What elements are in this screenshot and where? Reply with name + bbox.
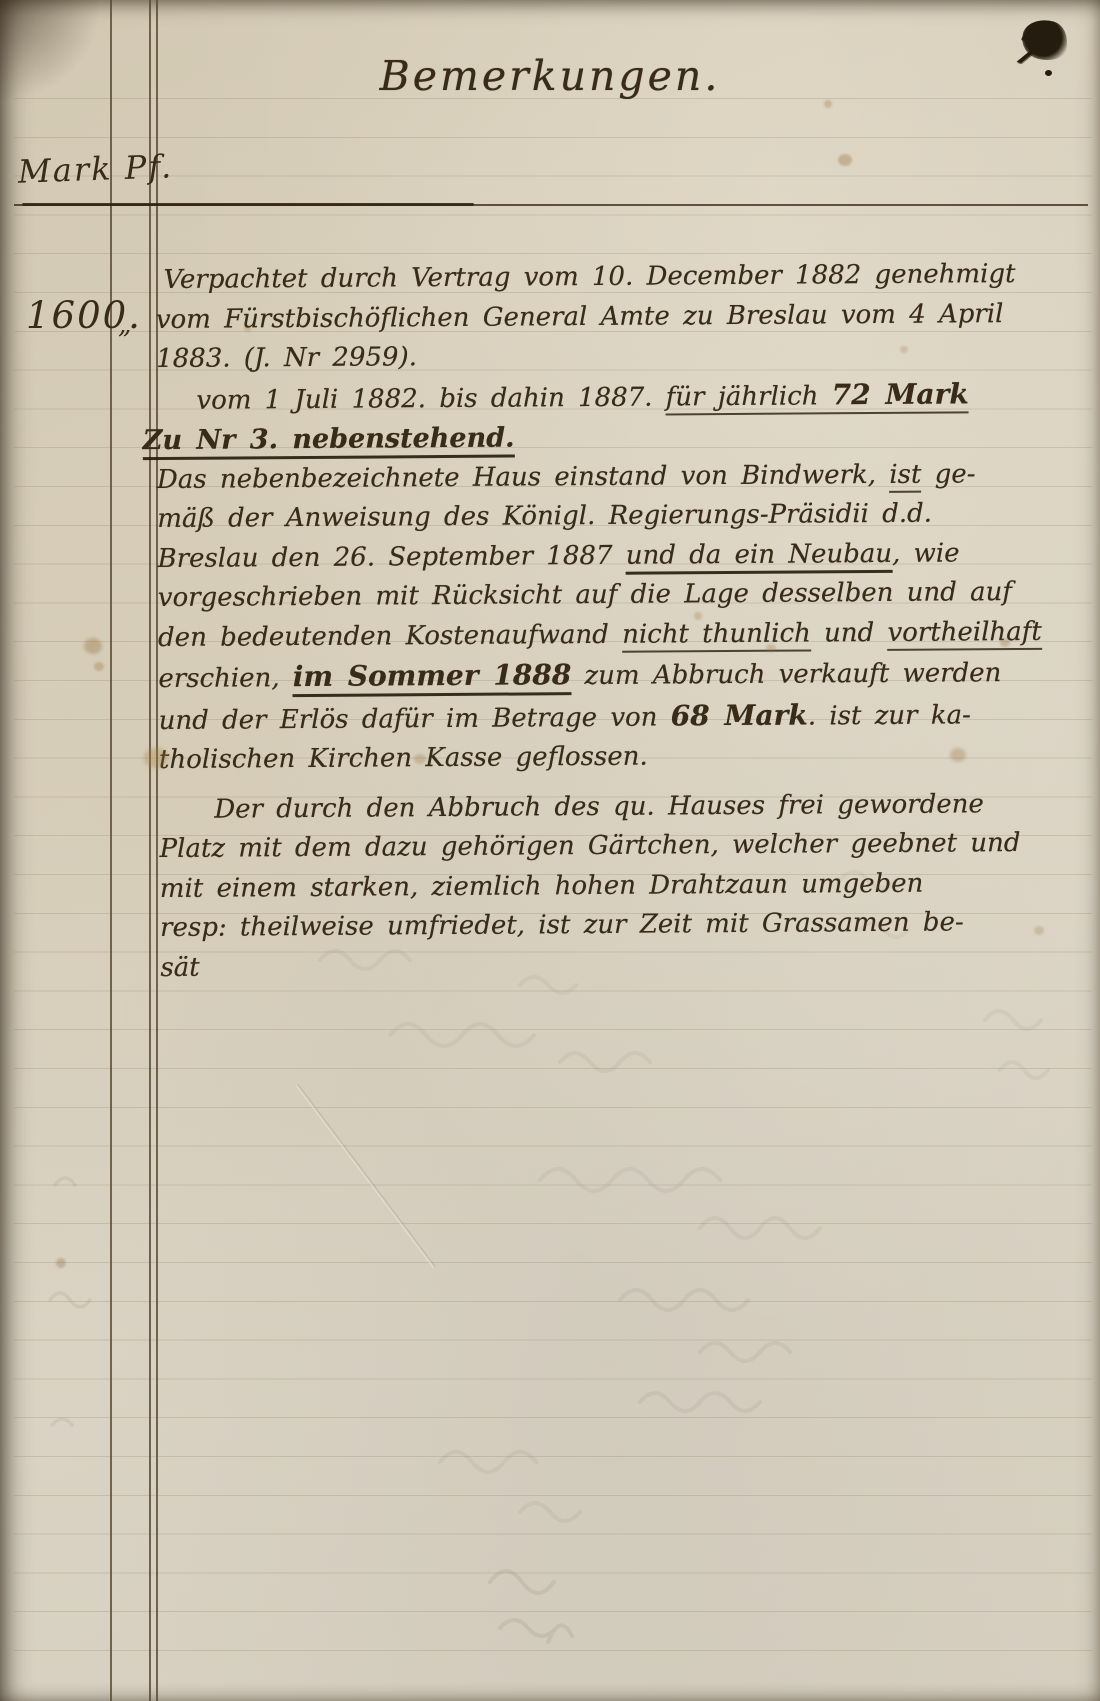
text-line: Der durch den Abbruch des qu. Hauses fre… xyxy=(159,784,1021,830)
text-line: vorgeschrieben mit Rücksicht auf die Lag… xyxy=(158,573,1020,619)
text-segment: vom Fürstbischöflichen General Amte zu B… xyxy=(156,299,1004,335)
manuscript-page: Bemerkungen. 7 Mark Pf. 1600. „ Verpacht… xyxy=(0,0,1100,1701)
text-segment: und der Erlös dafür im Betrage von xyxy=(159,702,671,736)
text-segment: zum Abbruch verkauft werden xyxy=(571,658,1001,691)
text-segment: den bedeutenden Kostenaufwand xyxy=(158,619,622,652)
underlined-text: für jährlich xyxy=(666,381,832,415)
underlined-text: und da ein Neubau xyxy=(626,538,893,574)
underlined-text: nicht thunlich xyxy=(622,618,811,652)
text-segment: Breslau den 26. September 1887 xyxy=(157,540,625,573)
underlined-text: ist xyxy=(889,459,921,492)
margin-ditto-mark: „ xyxy=(118,310,131,340)
entry-heading: Zu Nr 3. nebenstehend. xyxy=(143,415,1019,461)
amount-text: 68 Mark xyxy=(671,698,808,732)
text-segment: resp: theilweise umfriedet, ist zur Zeit… xyxy=(160,907,964,943)
text-segment: erschien, xyxy=(158,663,293,694)
text-segment: tholischen Kirchen Kasse geflossen. xyxy=(159,742,648,775)
vertical-rule-double-1 xyxy=(149,0,151,1701)
page-title: Bemerkungen. xyxy=(0,52,1100,100)
text-segment: Platz mit dem dazu gehörigen Gärtchen, w… xyxy=(159,828,1020,864)
text-line: mit einem starken, ziemlich hohen Drahtz… xyxy=(160,863,1022,909)
text-line: und der Erlös dafür im Betrage von 68 Ma… xyxy=(159,693,1021,741)
vertical-rule-double-2 xyxy=(156,0,158,1701)
text-segment: 1883. (J. Nr 2959). xyxy=(156,342,417,374)
text-line: vom 1 Juli 1882. bis dahin 1887. für jäh… xyxy=(156,373,1018,421)
margin-column-header: Mark Pf. xyxy=(17,147,173,190)
text-segment: mit einem starken, ziemlich hohen Drahtz… xyxy=(160,868,924,903)
text-line: erschien, im Sommer 1888 zum Abbruch ver… xyxy=(158,652,1020,700)
text-line: Platz mit dem dazu gehörigen Gärtchen, w… xyxy=(159,824,1021,870)
header-separator-ink-stroke xyxy=(22,203,474,206)
text-segment: , wie xyxy=(892,538,960,568)
text-segment: Der durch den Abbruch des qu. Hauses fre… xyxy=(214,789,984,824)
underlined-amount: 72 Mark xyxy=(832,377,969,414)
underlined-text: im Sommer 1888 xyxy=(293,658,572,697)
text-segment: . ist zur ka- xyxy=(808,700,971,731)
page-number-blot: 7 xyxy=(1012,18,1076,90)
text-segment: mäß der Anweisung des Königl. Regierungs… xyxy=(157,499,932,534)
entry-text: Verpachtet durch Vertrag vom 10. Decembe… xyxy=(155,255,1022,988)
ink-drop xyxy=(1045,70,1052,76)
text-segment: und xyxy=(811,617,888,648)
text-line: resp: theilweise umfriedet, ist zur Zeit… xyxy=(160,903,1022,949)
text-line: den bedeutenden Kostenaufwand nicht thun… xyxy=(158,612,1020,658)
text-line: Verpachtet durch Vertrag vom 10. Decembe… xyxy=(155,255,1017,301)
text-line: sät xyxy=(160,942,1022,988)
vertical-rule-margin xyxy=(110,0,112,1701)
underlined-heading: Zu Nr 3. nebenstehend. xyxy=(143,423,515,461)
text-segment: ge- xyxy=(921,459,975,489)
text-segment: Das nebenbezeichnete Haus einstand von B… xyxy=(157,459,889,494)
text-segment: Verpachtet durch Vertrag vom 10. Decembe… xyxy=(164,259,1016,295)
text-segment: vom 1 Juli 1882. bis dahin 1887. xyxy=(196,382,666,415)
underlined-text: vortheilhaft xyxy=(887,616,1042,650)
text-line: mäß der Anweisung des Königl. Regierungs… xyxy=(157,494,1019,540)
text-line: Das nebenbezeichnete Haus einstand von B… xyxy=(157,454,1019,500)
text-segment: sät xyxy=(160,952,200,982)
text-line: 1883. (J. Nr 2959). xyxy=(156,334,1018,380)
text-line: Breslau den 26. September 1887 und da ei… xyxy=(157,533,1019,579)
text-line: tholischen Kirchen Kasse geflossen. xyxy=(159,735,1021,781)
text-line: vom Fürstbischöflichen General Amte zu B… xyxy=(156,294,1018,340)
text-segment: vorgeschrieben mit Rücksicht auf die Lag… xyxy=(158,577,1012,613)
